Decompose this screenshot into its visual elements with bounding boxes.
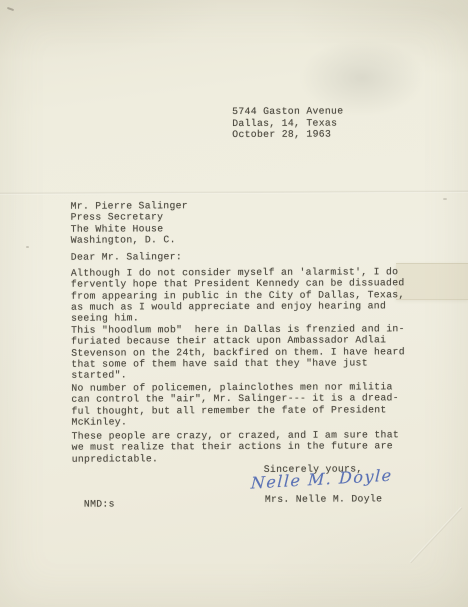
recipient-name: Mr. Pierre Salinger — [71, 200, 188, 212]
body-line: McKinley. — [71, 415, 399, 428]
recipient-address-block: Mr. Pierre Salinger Press Secretary The … — [71, 200, 189, 246]
letter-date: October 28, 1963 — [232, 129, 343, 141]
typist-reference-initials: NMD:s — [84, 499, 115, 510]
body-line: furiated because their attack upon Ambas… — [71, 335, 405, 348]
recipient-city: Washington, D. C. — [71, 234, 188, 246]
body-line: can control the "air", Mr. Salinger--- i… — [71, 393, 399, 406]
recipient-title: Press Secretary — [71, 211, 188, 223]
body-line: as much as I would appreciate and enjoy … — [71, 300, 405, 313]
typed-signature: Mrs. Nelle M. Doyle — [265, 493, 382, 505]
body-line: we must realize that their actions in th… — [72, 441, 400, 454]
salutation: Dear Mr. Salinger: — [71, 251, 182, 263]
body-line: that some of them have said that they "h… — [71, 357, 405, 370]
body-paragraph-1: Although I do not consider myself an 'al… — [71, 266, 405, 324]
body-line: ful thought, but all remember the fate o… — [71, 404, 399, 417]
body-paragraph-3: No number of policemen, plainclothes men… — [71, 381, 399, 428]
sender-address-block: 5744 Gaston Avenue Dallas, 14, Texas Oct… — [232, 106, 343, 141]
body-line: fervently hope that President Kennedy ca… — [71, 278, 405, 291]
letter-content: 5744 Gaston Avenue Dallas, 14, Texas Oct… — [0, 0, 468, 607]
body-paragraph-4: These people are crazy, or crazed, and I… — [72, 429, 400, 464]
body-line: started". — [71, 368, 405, 381]
body-paragraph-2: This "hoodlum mob" here in Dallas is fre… — [71, 323, 405, 381]
sender-address-line: 5744 Gaston Avenue — [232, 106, 343, 118]
body-line: seeing him. — [71, 311, 405, 324]
scanned-letter-page: 5744 Gaston Avenue Dallas, 14, Texas Oct… — [0, 0, 468, 607]
recipient-org: The White House — [71, 223, 188, 235]
sender-address-line: Dallas, 14, Texas — [232, 117, 343, 129]
